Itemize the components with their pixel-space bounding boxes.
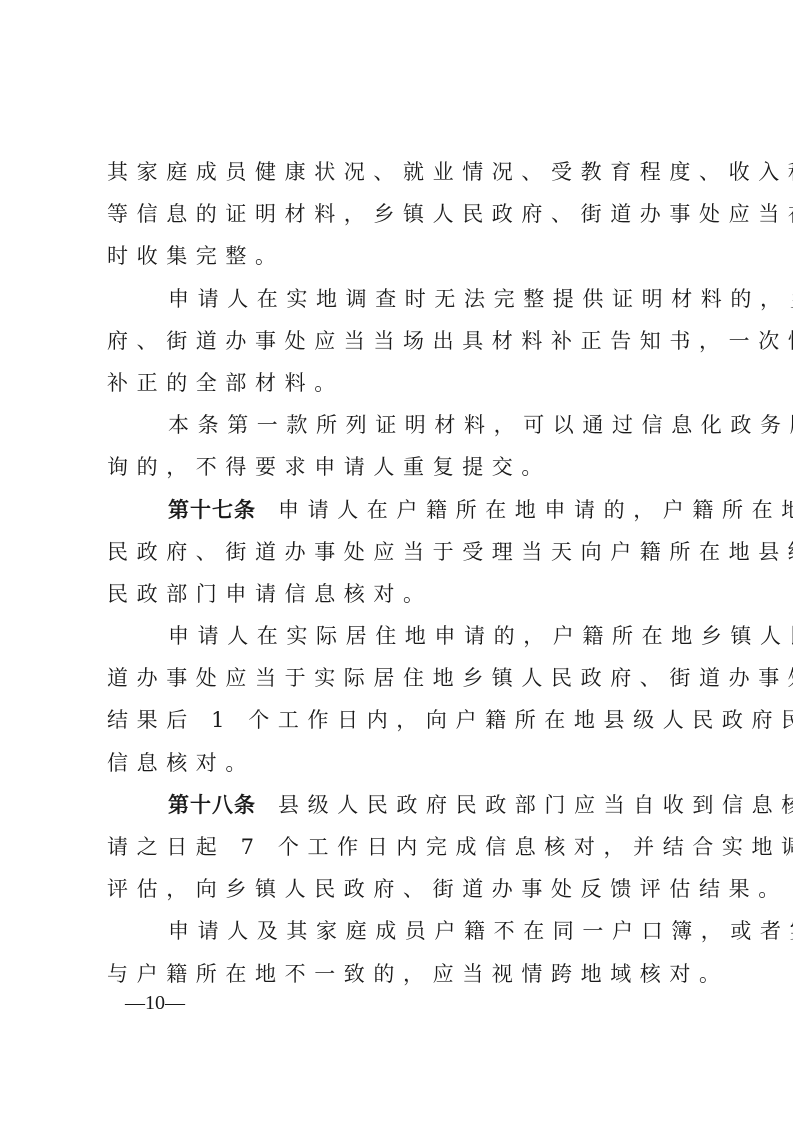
article-heading: 第十八条 [168, 793, 256, 817]
text-line: 其家庭成员健康状况、就业情况、受教育程度、收入和支出状况 [107, 151, 693, 193]
article-18: 第十八条县级人民政府民政部门应当自收到信息核对申 请之日起 7 个工作日内完成信… [107, 784, 693, 911]
text-line: 等信息的证明材料，乡镇人民政府、街道办事处应当在实地调查 [107, 193, 693, 235]
text-line: 与户籍所在地不一致的，应当视情跨地域核对。 [107, 953, 693, 995]
text-line: 民政部门申请信息核对。 [107, 573, 693, 615]
text-line: 申请人及其家庭成员户籍不在同一户口簿，或者实际居住地 [107, 910, 693, 952]
document-body: 其家庭成员健康状况、就业情况、受教育程度、收入和支出状况 等信息的证明材料，乡镇… [107, 151, 693, 995]
paragraph: 申请人在实地调查时无法完整提供证明材料的，乡镇人民政 府、街道办事处应当当场出具… [107, 278, 693, 405]
text-line: 时收集完整。 [107, 235, 693, 277]
text-line: 府、街道办事处应当当场出具材料补正告知书，一次性告知需要 [107, 320, 693, 362]
paragraph: 其家庭成员健康状况、就业情况、受教育程度、收入和支出状况 等信息的证明材料，乡镇… [107, 151, 693, 278]
text-line: 第十八条县级人民政府民政部门应当自收到信息核对申 [107, 784, 693, 826]
article-heading: 第十七条 [168, 498, 256, 522]
page-number: —10— [125, 992, 185, 1015]
text-line: 本条第一款所列证明材料，可以通过信息化政务服务平台查 [107, 404, 693, 446]
text-line: 请之日起 7 个工作日内完成信息核对，并结合实地调查情况综合 [107, 826, 693, 868]
text-line: 评估，向乡镇人民政府、街道办事处反馈评估结果。 [107, 868, 693, 910]
text-line: 补正的全部材料。 [107, 362, 693, 404]
text-line: 民政府、街道办事处应当于受理当天向户籍所在地县级人民政府 [107, 531, 693, 573]
paragraph: 申请人及其家庭成员户籍不在同一户口簿，或者实际居住地 与户籍所在地不一致的，应当… [107, 910, 693, 994]
text-line: 申请人在实际居住地申请的，户籍所在地乡镇人民政府、街 [107, 615, 693, 657]
article-text: 县级人民政府民政部门应当自收到信息核对申 [278, 793, 793, 817]
paragraph: 本条第一款所列证明材料，可以通过信息化政务服务平台查 询的，不得要求申请人重复提… [107, 404, 693, 488]
text-line: 道办事处应当于实际居住地乡镇人民政府、街道办事处告知受理 [107, 657, 693, 699]
article-17: 第十七条申请人在户籍所在地申请的，户籍所在地乡镇人 民政府、街道办事处应当于受理… [107, 489, 693, 616]
document-page: 其家庭成员健康状况、就业情况、受教育程度、收入和支出状况 等信息的证明材料，乡镇… [0, 0, 793, 1122]
text-line: 第十七条申请人在户籍所在地申请的，户籍所在地乡镇人 [107, 489, 693, 531]
text-line: 申请人在实地调查时无法完整提供证明材料的，乡镇人民政 [107, 278, 693, 320]
text-line: 询的，不得要求申请人重复提交。 [107, 446, 693, 488]
paragraph: 申请人在实际居住地申请的，户籍所在地乡镇人民政府、街 道办事处应当于实际居住地乡… [107, 615, 693, 784]
text-line: 结果后 1 个工作日内，向户籍所在地县级人民政府民政部门申请 [107, 699, 693, 741]
text-line: 信息核对。 [107, 742, 693, 784]
article-text: 申请人在户籍所在地申请的，户籍所在地乡镇人 [278, 498, 793, 522]
